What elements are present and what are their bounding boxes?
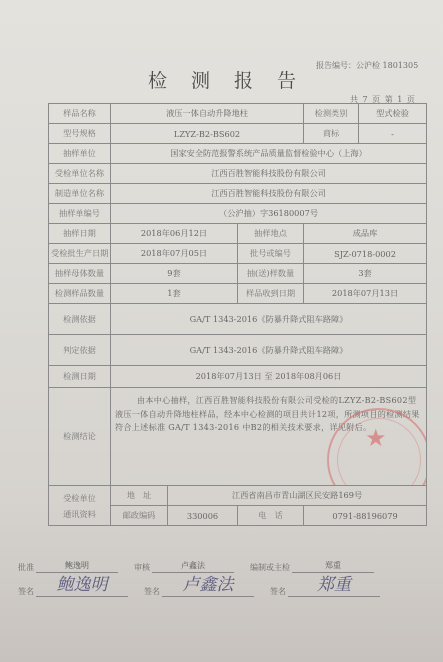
sampling-place-label: 抽样地点 bbox=[238, 224, 304, 244]
sampling-place: 成品库 bbox=[304, 224, 427, 244]
address: 江西省南昌市青山湖区民安路169号 bbox=[168, 486, 427, 506]
postcode-label: 邮政编码 bbox=[111, 506, 168, 526]
judge-basis: GA/T 1343-2016《防暴升降式阻车路障》 bbox=[111, 335, 427, 366]
production-date: 2018年07月05日 bbox=[111, 244, 238, 264]
test-type: 型式检验 bbox=[359, 104, 427, 124]
received-date-label: 样品收到日期 bbox=[238, 284, 304, 304]
prepare-name: 郑重 bbox=[292, 560, 374, 573]
address-label: 地 址 bbox=[111, 486, 168, 506]
review-name: 卢鑫法 bbox=[152, 560, 234, 573]
contact-label: 受检单位 通讯资料 bbox=[49, 486, 111, 526]
parent-qty-label: 抽样母体数量 bbox=[49, 264, 111, 284]
test-date: 2018年07月13日 至 2018年08月06日 bbox=[111, 366, 427, 388]
postcode: 330006 bbox=[168, 506, 238, 526]
inspected-unit-label: 受检单位名称 bbox=[49, 164, 111, 184]
conclusion-text: 由本中心抽样，江西百胜智能科技股份有限公司受检的LZYZ-B2-BS602型液压… bbox=[115, 394, 422, 435]
conclusion-label: 检测结论 bbox=[49, 388, 111, 486]
signature-row: 签名 鲍逸明 签名 卢鑫法 签名 郑重 bbox=[18, 574, 396, 597]
trademark-label: 商标 bbox=[304, 124, 359, 144]
manufacturer: 江西百胜智能科技股份有限公司 bbox=[111, 184, 427, 204]
batch-no: SJZ-0718-0002 bbox=[304, 244, 427, 264]
judge-basis-label: 判定依据 bbox=[49, 335, 111, 366]
model: LZYZ-B2-BS602 bbox=[111, 124, 304, 144]
review-signature: 签名 卢鑫法 bbox=[144, 574, 254, 597]
sampling-unit-label: 抽样单位 bbox=[49, 144, 111, 164]
parent-qty: 9套 bbox=[111, 264, 238, 284]
approve-name: 鲍逸明 bbox=[36, 560, 118, 573]
trademark: - bbox=[359, 124, 427, 144]
test-basis: GA/T 1343-2016《防暴升降式阻车路障》 bbox=[111, 304, 427, 335]
sampling-date: 2018年06月12日 bbox=[111, 224, 238, 244]
approve-field: 批准 鲍逸明 bbox=[18, 560, 118, 573]
sampling-unit: 国家安全防范报警系统产品质量监督检验中心（上海） bbox=[111, 144, 427, 164]
sampling-no: （公沪抽）字36180007号 bbox=[111, 204, 427, 224]
test-type-label: 检测类别 bbox=[304, 104, 359, 124]
sample-name: 液压一体自动升降地柱 bbox=[111, 104, 304, 124]
phone-label: 电 话 bbox=[238, 506, 304, 526]
test-qty-label: 检测样品数量 bbox=[49, 284, 111, 304]
phone: 0791-88196079 bbox=[304, 506, 427, 526]
sampling-date-label: 抽样日期 bbox=[49, 224, 111, 244]
approve-signature: 签名 鲍逸明 bbox=[18, 574, 128, 597]
batch-no-label: 批号或编号 bbox=[238, 244, 304, 264]
signoff-names-row: 批准 鲍逸明 审核 卢鑫法 编制或主检 郑重 bbox=[18, 560, 390, 573]
sampling-no-label: 抽样单编号 bbox=[49, 204, 111, 224]
prepare-signature: 签名 郑重 bbox=[270, 574, 380, 597]
sample-name-label: 样品名称 bbox=[49, 104, 111, 124]
model-label: 型号规格 bbox=[49, 124, 111, 144]
received-date: 2018年07月13日 bbox=[304, 284, 427, 304]
test-date-label: 检测日期 bbox=[49, 366, 111, 388]
prepare-field: 编制或主检 郑重 bbox=[250, 560, 374, 573]
test-basis-label: 检测依据 bbox=[49, 304, 111, 335]
production-date-label: 受检批生产日期 bbox=[49, 244, 111, 264]
review-field: 审核 卢鑫法 bbox=[134, 560, 234, 573]
sample-qty: 3套 bbox=[304, 264, 427, 284]
report-table: 样品名称 液压一体自动升降地柱 检测类别 型式检验 型号规格 LZYZ-B2-B… bbox=[48, 103, 427, 526]
inspected-unit: 江西百胜智能科技股份有限公司 bbox=[111, 164, 427, 184]
stamp-note: （盖章） bbox=[325, 483, 357, 486]
page-title: 检 测 报 告 bbox=[0, 66, 443, 93]
conclusion-cell: 由本中心抽样，江西百胜智能科技股份有限公司受检的LZYZ-B2-BS602型液压… bbox=[111, 388, 427, 486]
sample-qty-label: 抽(送)样数量 bbox=[238, 264, 304, 284]
manufacturer-label: 制造单位名称 bbox=[49, 184, 111, 204]
test-qty: 1套 bbox=[111, 284, 238, 304]
